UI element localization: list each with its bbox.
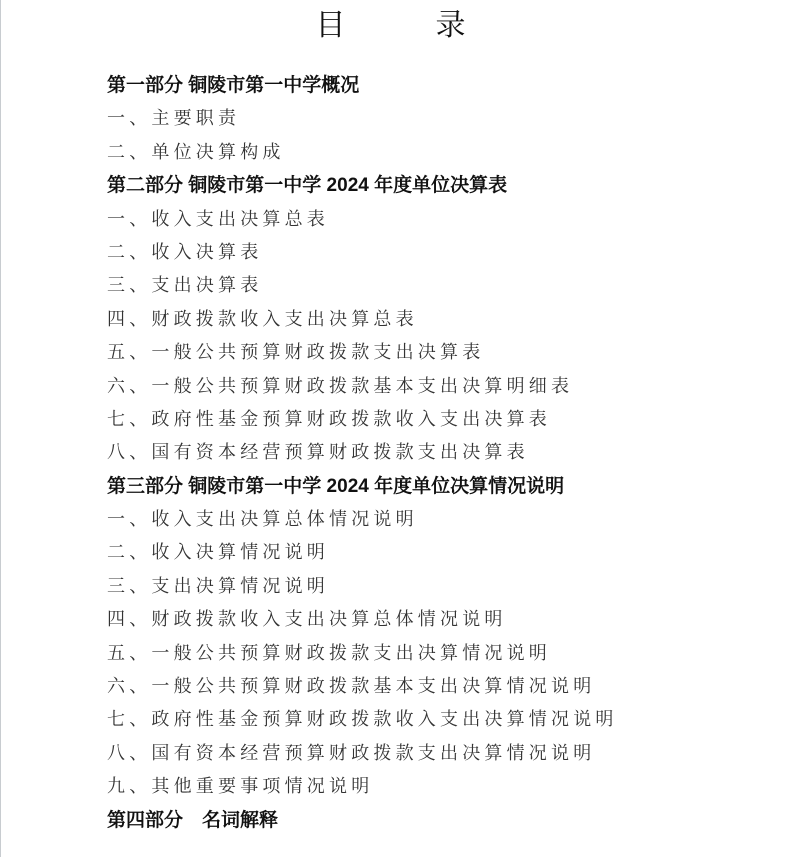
toc-item[interactable]: 六、一般公共预算财政拨款基本支出决算明细表	[107, 370, 618, 403]
toc-item[interactable]: 八、国有资本经营预算财政拨款支出决算表	[107, 436, 618, 469]
page-title: 目 录	[0, 4, 793, 48]
toc-item[interactable]: 六、一般公共预算财政拨款基本支出决算情况说明	[107, 670, 618, 703]
toc-item[interactable]: 三、支出决算情况说明	[107, 570, 618, 603]
table-of-contents: 第一部分 铜陵市第一中学概况 一、主要职责 二、单位决算构成 第二部分 铜陵市第…	[107, 69, 618, 837]
toc-item[interactable]: 二、收入决算情况说明	[107, 536, 618, 569]
toc-item[interactable]: 八、国有资本经营预算财政拨款支出决算情况说明	[107, 737, 618, 770]
toc-item[interactable]: 一、收入支出决算总体情况说明	[107, 503, 618, 536]
toc-section-3[interactable]: 第三部分 铜陵市第一中学 2024 年度单位决算情况说明	[107, 470, 618, 503]
toc-item[interactable]: 二、收入决算表	[107, 236, 618, 269]
toc-section-4[interactable]: 第四部分 名词解释	[107, 804, 618, 837]
toc-item[interactable]: 九、其他重要事项情况说明	[107, 770, 618, 803]
toc-item[interactable]: 一、主要职责	[107, 102, 618, 135]
toc-item[interactable]: 一、收入支出决算总表	[107, 203, 618, 236]
toc-item[interactable]: 三、支出决算表	[107, 269, 618, 302]
toc-section-1[interactable]: 第一部分 铜陵市第一中学概况	[107, 69, 618, 102]
toc-item[interactable]: 二、单位决算构成	[107, 136, 618, 169]
toc-item[interactable]: 七、政府性基金预算财政拨款收入支出决算情况说明	[107, 703, 618, 736]
toc-item[interactable]: 五、一般公共预算财政拨款支出决算表	[107, 336, 618, 369]
toc-item[interactable]: 四、财政拨款收入支出决算总表	[107, 303, 618, 336]
toc-section-2[interactable]: 第二部分 铜陵市第一中学 2024 年度单位决算表	[107, 169, 618, 202]
toc-item[interactable]: 五、一般公共预算财政拨款支出决算情况说明	[107, 637, 618, 670]
toc-item[interactable]: 七、政府性基金预算财政拨款收入支出决算表	[107, 403, 618, 436]
toc-item[interactable]: 四、财政拨款收入支出决算总体情况说明	[107, 603, 618, 636]
page-left-border	[0, 0, 1, 857]
